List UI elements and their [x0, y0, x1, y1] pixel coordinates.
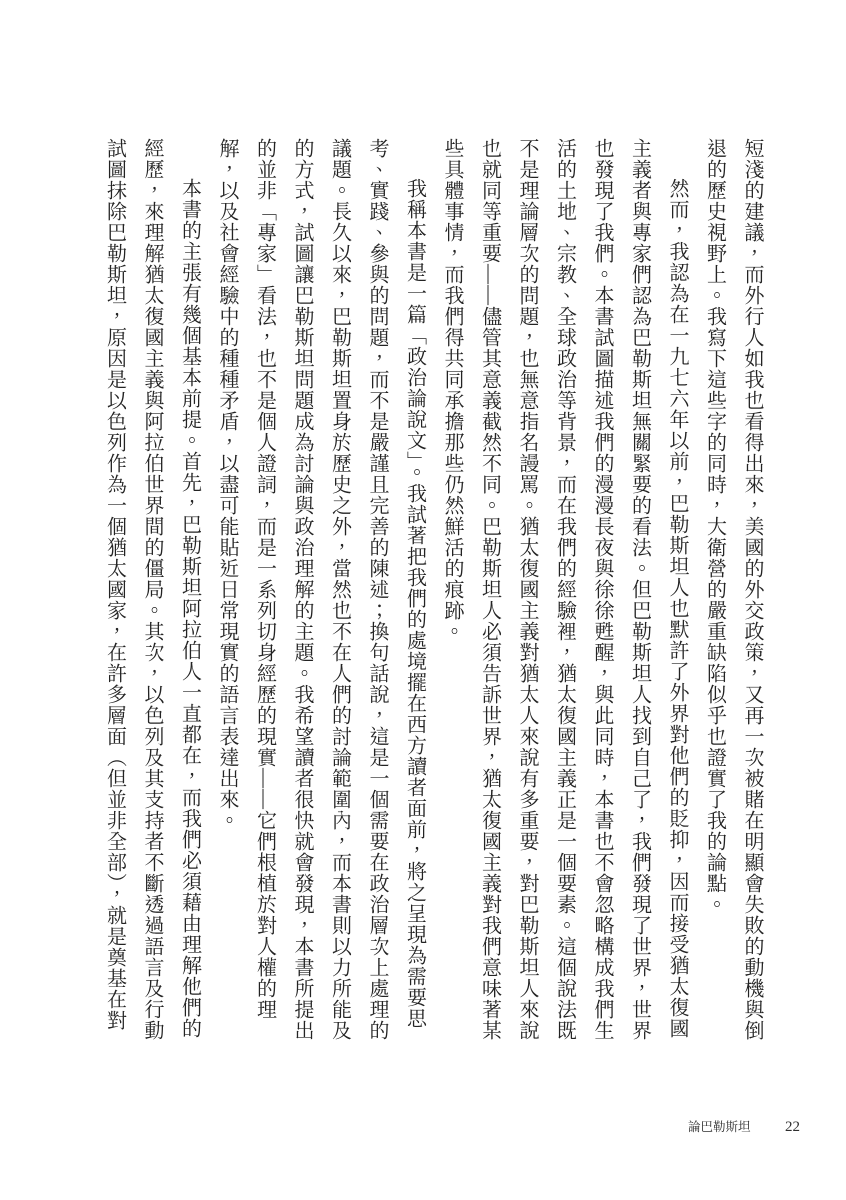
page-footer: 論巴勒斯坦 22 — [688, 1119, 800, 1135]
paragraph-1: 短淺的建議，而外行人如我也看得出來，美國的外交政策，又再一次被賭在明顯會失敗的動… — [695, 138, 770, 1048]
running-title: 論巴勒斯坦 — [688, 1119, 751, 1135]
page-number: 22 — [785, 1119, 800, 1135]
paragraph-4: 本書的主張有幾個基本前提。首先，巴勒斯坦阿拉伯人一直都在，而我們必須藉由理解他們… — [95, 138, 208, 1048]
paragraph-2: 然而，我認為在一九七六年以前，巴勒斯坦人也默許了外界對他們的貶抑，因而接受猶太復… — [433, 138, 696, 1048]
body-text: 短淺的建議，而外行人如我也看得出來，美國的外交政策，又再一次被賭在明顯會失敗的動… — [92, 138, 770, 1048]
book-page: 短淺的建議，而外行人如我也看得出來，美國的外交政策，又再一次被賭在明顯會失敗的動… — [0, 0, 846, 1200]
paragraph-3: 我稱本書是一篇「政治論說文」。我試著把我們的處境擺在西方讀者面前，將之呈現為需要… — [208, 138, 433, 1048]
